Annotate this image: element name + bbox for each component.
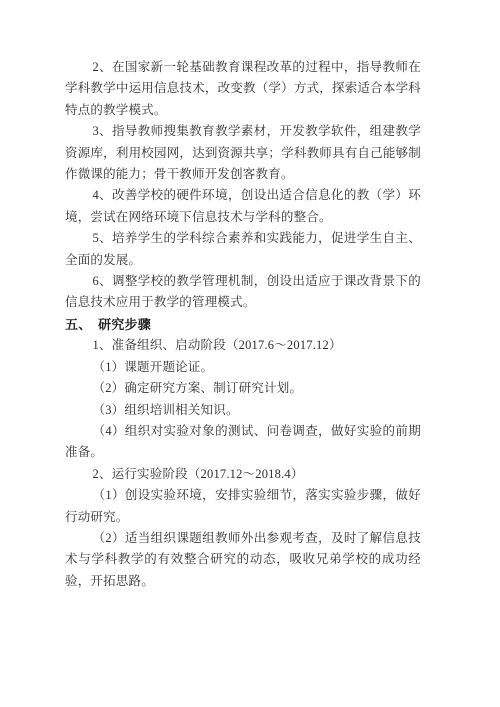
paragraph-goal-2: 2、在国家新一轮基础教育课程改革的过程中，指导教师在学科教学中运用信息技术，改变… bbox=[65, 57, 421, 121]
document-page: 2、在国家新一轮基础教育课程改革的过程中，指导教师在学科教学中运用信息技术，改变… bbox=[0, 0, 500, 707]
paragraph-goal-5: 5、培养学生的学科综合素养和实践能力，促进学生自主、全面的发展。 bbox=[65, 228, 421, 271]
paragraph-stage-1-item-4: （4）组织对实验对象的测试、问卷调查，做好实验的前期准备。 bbox=[65, 421, 421, 464]
section-heading-research-steps: 五、 研究步骤 bbox=[65, 314, 421, 335]
paragraph-stage-2-item-2: （2）适当组织课题组教师外出参观考查，及时了解信息技术与学科教学的有效整合研究的… bbox=[65, 528, 421, 592]
paragraph-stage-2: 2、运行实验阶段（2017.12～2018.4） bbox=[65, 464, 421, 485]
paragraph-goal-4: 4、改善学校的硬件环境，创设出适合信息化的教（学）环境，尝试在网络环境下信息技术… bbox=[65, 185, 421, 228]
paragraph-stage-1: 1、准备组织、启动阶段（2017.6～2017.12） bbox=[65, 335, 421, 356]
paragraph-stage-2-item-1: （1）创设实验环境，安排实验细节，落实实验步骤，做好行动研究。 bbox=[65, 485, 421, 528]
paragraph-stage-1-item-3: （3）组织培训相关知识。 bbox=[65, 400, 421, 421]
document-body: 2、在国家新一轮基础教育课程改革的过程中，指导教师在学科教学中运用信息技术，改变… bbox=[65, 57, 421, 592]
paragraph-stage-1-item-2: （2）确定研究方案、制订研究计划。 bbox=[65, 378, 421, 399]
paragraph-stage-1-item-1: （1）课题开题论证。 bbox=[65, 357, 421, 378]
paragraph-goal-6: 6、调整学校的教学管理机制，创设出适应于课改背景下的信息技术应用于教学的管理模式… bbox=[65, 271, 421, 314]
paragraph-goal-3: 3、指导教师搜集教育教学素材，开发教学软件，组建教学资源库，利用校园网，达到资源… bbox=[65, 121, 421, 185]
